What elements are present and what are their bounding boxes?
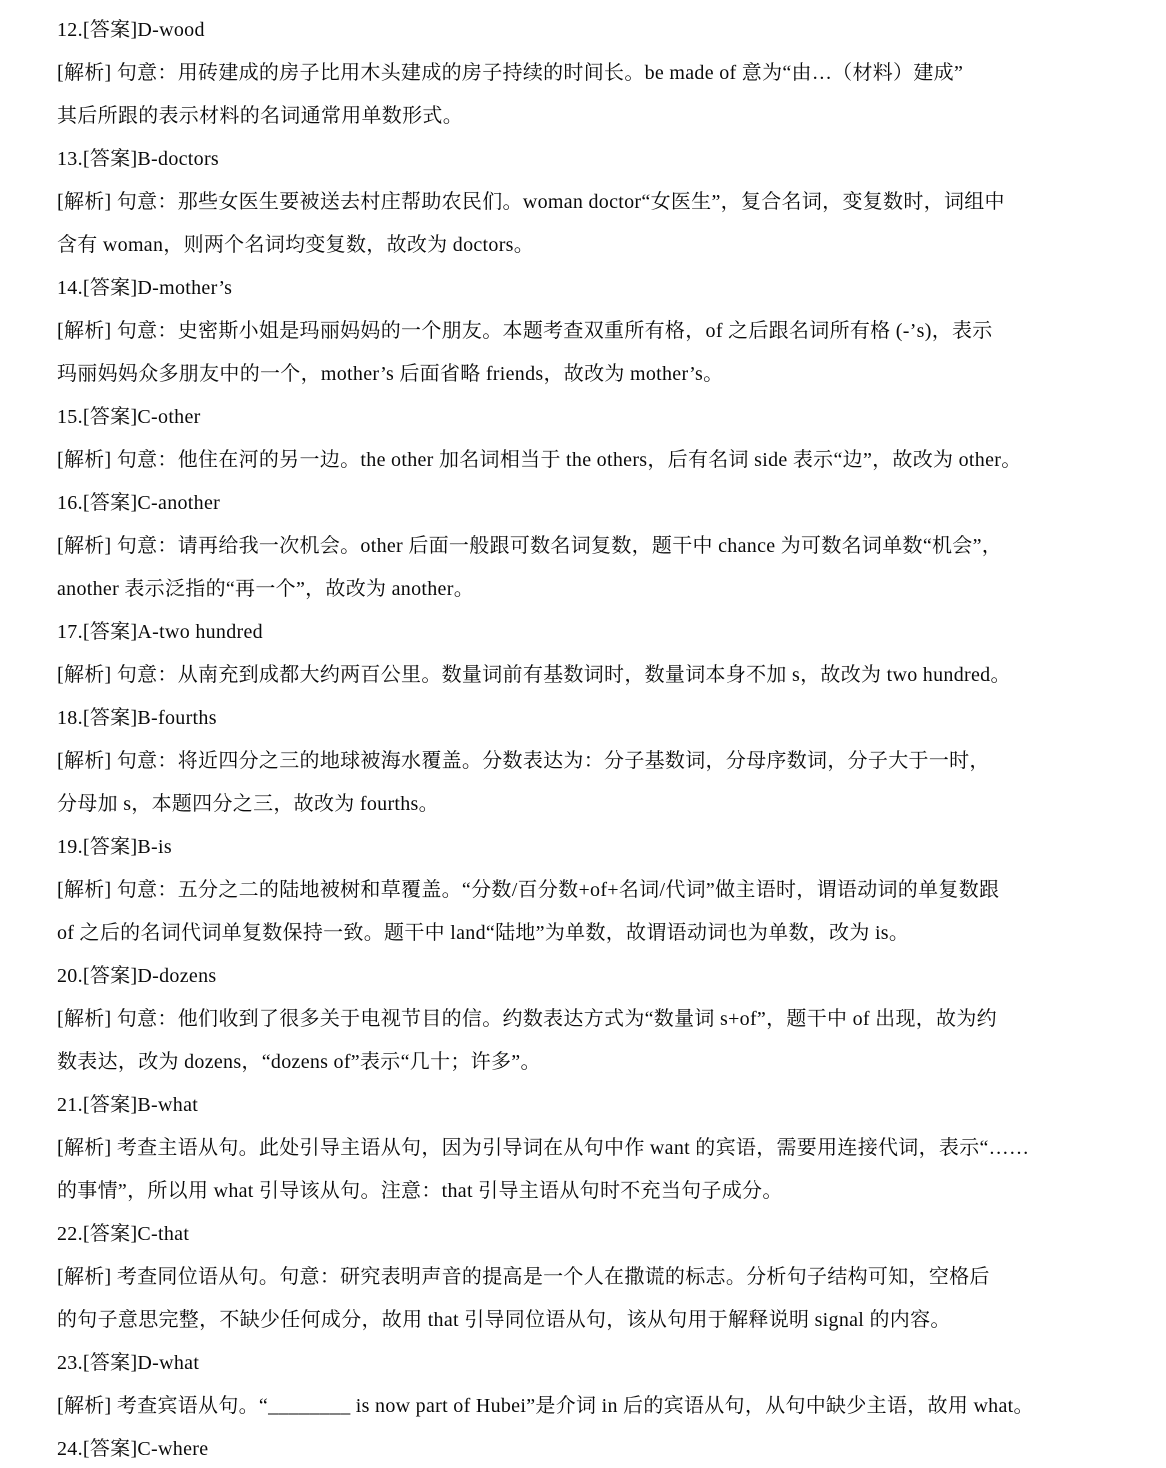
explanation-line: [解析] 句意：请再给我一次机会。other 后面一般跟可数名词复数，题干中 c… (57, 525, 1126, 568)
answer-item: 16.[答案]C-another [解析] 句意：请再给我一次机会。other … (57, 482, 1126, 611)
explanation-line: [解析] 考查同位语从句。句意：研究表明声音的提高是一个人在撒谎的标志。分析句子… (57, 1256, 1126, 1299)
answer-item: 19.[答案]B-is [解析] 句意：五分之二的陆地被树和草覆盖。“分数/百分… (57, 826, 1126, 955)
explanation-line: 玛丽妈妈众多朋友中的一个，mother’s 后面省略 friends，故改为 m… (57, 353, 1126, 396)
answer-line: 16.[答案]C-another (57, 482, 1126, 525)
document-page: 12.[答案]D-wood [解析] 句意：用砖建成的房子比用木头建成的房子持续… (0, 0, 1166, 1468)
answer-item: 13.[答案]B-doctors [解析] 句意：那些女医生要被送去村庄帮助农民… (57, 138, 1126, 267)
answer-item: 20.[答案]D-dozens [解析] 句意：他们收到了很多关于电视节目的信。… (57, 955, 1126, 1084)
explanation-line: of 之后的名词代词单复数保持一致。题干中 land“陆地”为单数，故谓语动词也… (57, 912, 1126, 955)
explanation-line: [解析] 句意：用砖建成的房子比用木头建成的房子持续的时间长。be made o… (57, 52, 1126, 95)
answer-line: 12.[答案]D-wood (57, 9, 1126, 52)
explanation-line: another 表示泛指的“再一个”，故改为 another。 (57, 568, 1126, 611)
explanation-line: 的事情”，所以用 what 引导该从句。注意：that 引导主语从句时不充当句子… (57, 1170, 1126, 1213)
answer-item: 17.[答案]A-two hundred [解析] 句意：从南充到成都大约两百公… (57, 611, 1126, 697)
explanation-line: 分母加 s，本题四分之三，故改为 fourths。 (57, 783, 1126, 826)
explanation-line: [解析] 句意：从南充到成都大约两百公里。数量词前有基数词时，数量词本身不加 s… (57, 654, 1126, 697)
answer-line: 13.[答案]B-doctors (57, 138, 1126, 181)
answer-line: 18.[答案]B-fourths (57, 697, 1126, 740)
answer-line: 15.[答案]C-other (57, 396, 1126, 439)
answer-item: 12.[答案]D-wood [解析] 句意：用砖建成的房子比用木头建成的房子持续… (57, 9, 1126, 138)
explanation-line: [解析] 句意：五分之二的陆地被树和草覆盖。“分数/百分数+of+名词/代词”做… (57, 869, 1126, 912)
explanation-line: [解析] 句意：他住在河的另一边。the other 加名词相当于 the ot… (57, 439, 1126, 482)
explanation-line: [解析] 考查主语从句。此处引导主语从句，因为引导词在从句中作 want 的宾语… (57, 1127, 1126, 1170)
explanation-line: [解析] 考查宾语从句。“________ is now part of Hub… (57, 1385, 1126, 1428)
answer-item: 18.[答案]B-fourths [解析] 句意：将近四分之三的地球被海水覆盖。… (57, 697, 1126, 826)
answer-item: 14.[答案]D-mother’s [解析] 句意：史密斯小姐是玛丽妈妈的一个朋… (57, 267, 1126, 396)
answer-line: 20.[答案]D-dozens (57, 955, 1126, 998)
answer-line: 17.[答案]A-two hundred (57, 611, 1126, 654)
explanation-line: [解析] 句意：那些女医生要被送去村庄帮助农民们。woman doctor“女医… (57, 181, 1126, 224)
explanation-line: 其后所跟的表示材料的名词通常用单数形式。 (57, 95, 1126, 138)
answer-line: 21.[答案]B-what (57, 1084, 1126, 1127)
explanation-line: 数表达，改为 dozens，“dozens of”表示“几十；许多”。 (57, 1041, 1126, 1084)
answer-line: 14.[答案]D-mother’s (57, 267, 1126, 310)
answer-line: 19.[答案]B-is (57, 826, 1126, 869)
explanation-line: [解析] 句意：史密斯小姐是玛丽妈妈的一个朋友。本题考查双重所有格，of 之后跟… (57, 310, 1126, 353)
answer-line: 23.[答案]D-what (57, 1342, 1126, 1385)
explanation-line: [解析] 句意：他们收到了很多关于电视节目的信。约数表达方式为“数量词 s+of… (57, 998, 1126, 1041)
answer-item: 24.[答案]C-where (57, 1428, 1126, 1468)
answer-item: 15.[答案]C-other [解析] 句意：他住在河的另一边。the othe… (57, 396, 1126, 482)
answer-item: 23.[答案]D-what [解析] 考查宾语从句。“________ is n… (57, 1342, 1126, 1428)
explanation-line: 含有 woman，则两个名词均变复数，故改为 doctors。 (57, 224, 1126, 267)
answer-item: 21.[答案]B-what [解析] 考查主语从句。此处引导主语从句，因为引导词… (57, 1084, 1126, 1213)
explanation-line: 的句子意思完整，不缺少任何成分，故用 that 引导同位语从句，该从句用于解释说… (57, 1299, 1126, 1342)
answer-line: 22.[答案]C-that (57, 1213, 1126, 1256)
answer-item: 22.[答案]C-that [解析] 考查同位语从句。句意：研究表明声音的提高是… (57, 1213, 1126, 1342)
explanation-line: [解析] 句意：将近四分之三的地球被海水覆盖。分数表达为：分子基数词，分母序数词… (57, 740, 1126, 783)
answer-line: 24.[答案]C-where (57, 1428, 1126, 1468)
